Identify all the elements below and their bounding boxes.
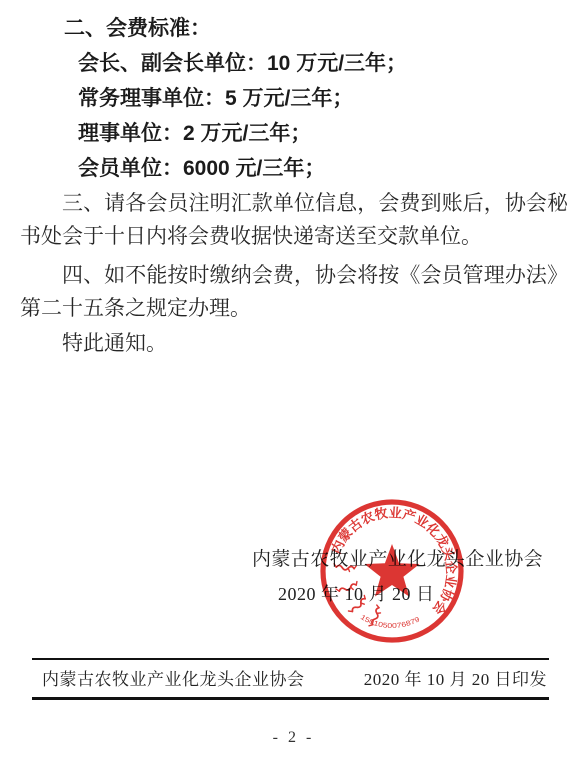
document-page: 二、会费标准： 会长、副会长单位：10 万元/三年； 常务理事单位：5 万元/三…	[0, 0, 587, 766]
section-heading: 二、会费标准：	[64, 12, 211, 46]
fee-item-president: 会长、副会长单位：10 万元/三年；	[78, 46, 407, 81]
fee-item-director: 理事单位：2 万元/三年；	[78, 116, 407, 151]
seal-star-icon	[364, 544, 419, 597]
closing-note: 特此通知。	[62, 327, 167, 360]
paragraph-overdue-policy: 四、如不能按时缴纳会费，协会将按《会员管理办法》第二十五条之规定办理。	[20, 259, 568, 325]
footer-issuer: 内蒙古农牧业产业化龙头企业协会	[42, 665, 305, 690]
seal-serial-wrap: 1501050076879	[359, 614, 421, 630]
official-seal: 内蒙古农牧业产业化龙头企业协会 1501050076879	[312, 492, 472, 652]
footer-issue-date: 2020 年 10 月 20 日印发	[364, 665, 547, 690]
paragraph-remittance-info: 三、请各会员注明汇款单位信息，会费到账后，协会秘书处会于十日内将会费收据快递寄送…	[20, 187, 568, 253]
fee-item-member: 会员单位：6000 元/三年；	[78, 151, 407, 186]
seal-serial-number: 1501050076879	[359, 614, 421, 630]
page-number: - 2 -	[0, 729, 587, 747]
fee-list: 会长、副会长单位：10 万元/三年； 常务理事单位：5 万元/三年； 理事单位：…	[78, 46, 407, 186]
colophon-bar: 内蒙古农牧业产业化龙头企业协会 2020 年 10 月 20 日印发	[32, 658, 549, 700]
fee-item-executive-director: 常务理事单位：5 万元/三年；	[78, 81, 407, 116]
